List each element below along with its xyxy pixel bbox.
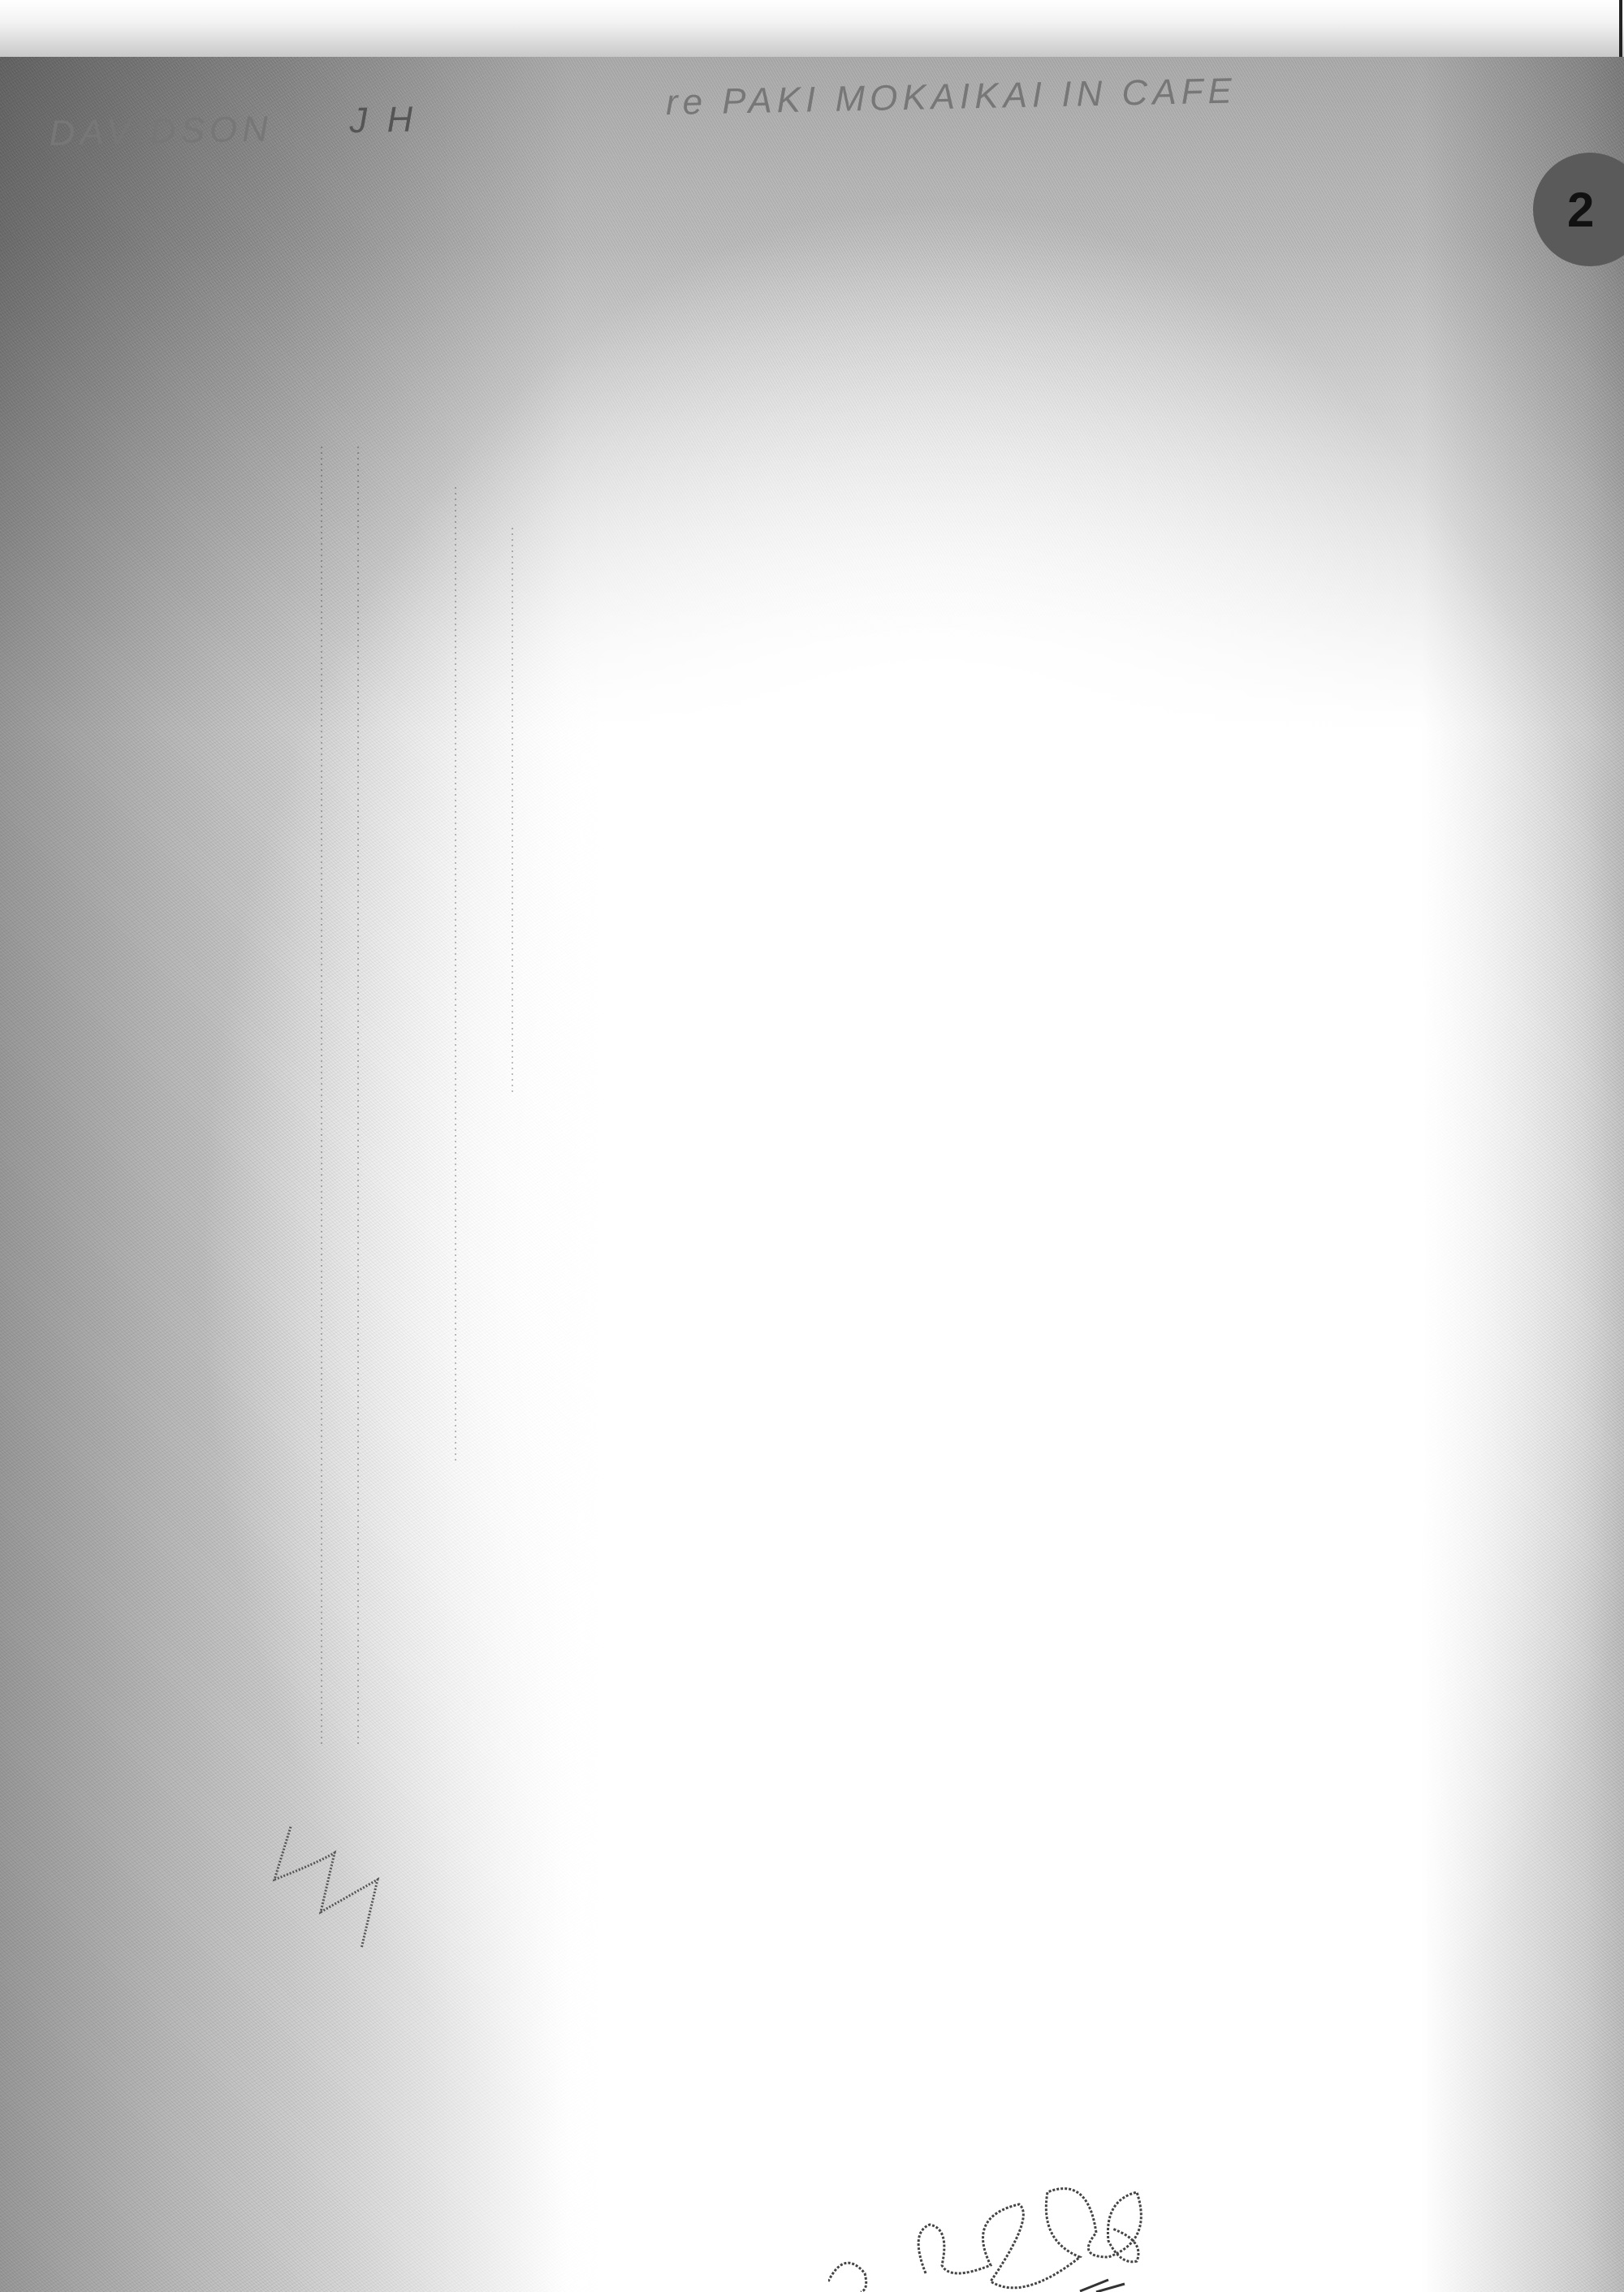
scan-streak: [357, 447, 359, 1746]
page-edge-rule: [1619, 0, 1622, 57]
scan-streak: [321, 447, 322, 1746]
scanned-page: DAVIDSON J H re PAKI MOKAIKAI IN CAFE 2: [0, 0, 1624, 2292]
scan-streak: [455, 487, 456, 1461]
scan-streak: [512, 528, 513, 1096]
header-surname: DAVIDSON: [49, 109, 273, 154]
header-initials: J H: [349, 99, 418, 141]
page-top-edge: [0, 0, 1624, 57]
page-number: 2: [1567, 182, 1594, 238]
signature-mark: [828, 2152, 1194, 2292]
margin-pencil-mark: [268, 1819, 398, 1965]
